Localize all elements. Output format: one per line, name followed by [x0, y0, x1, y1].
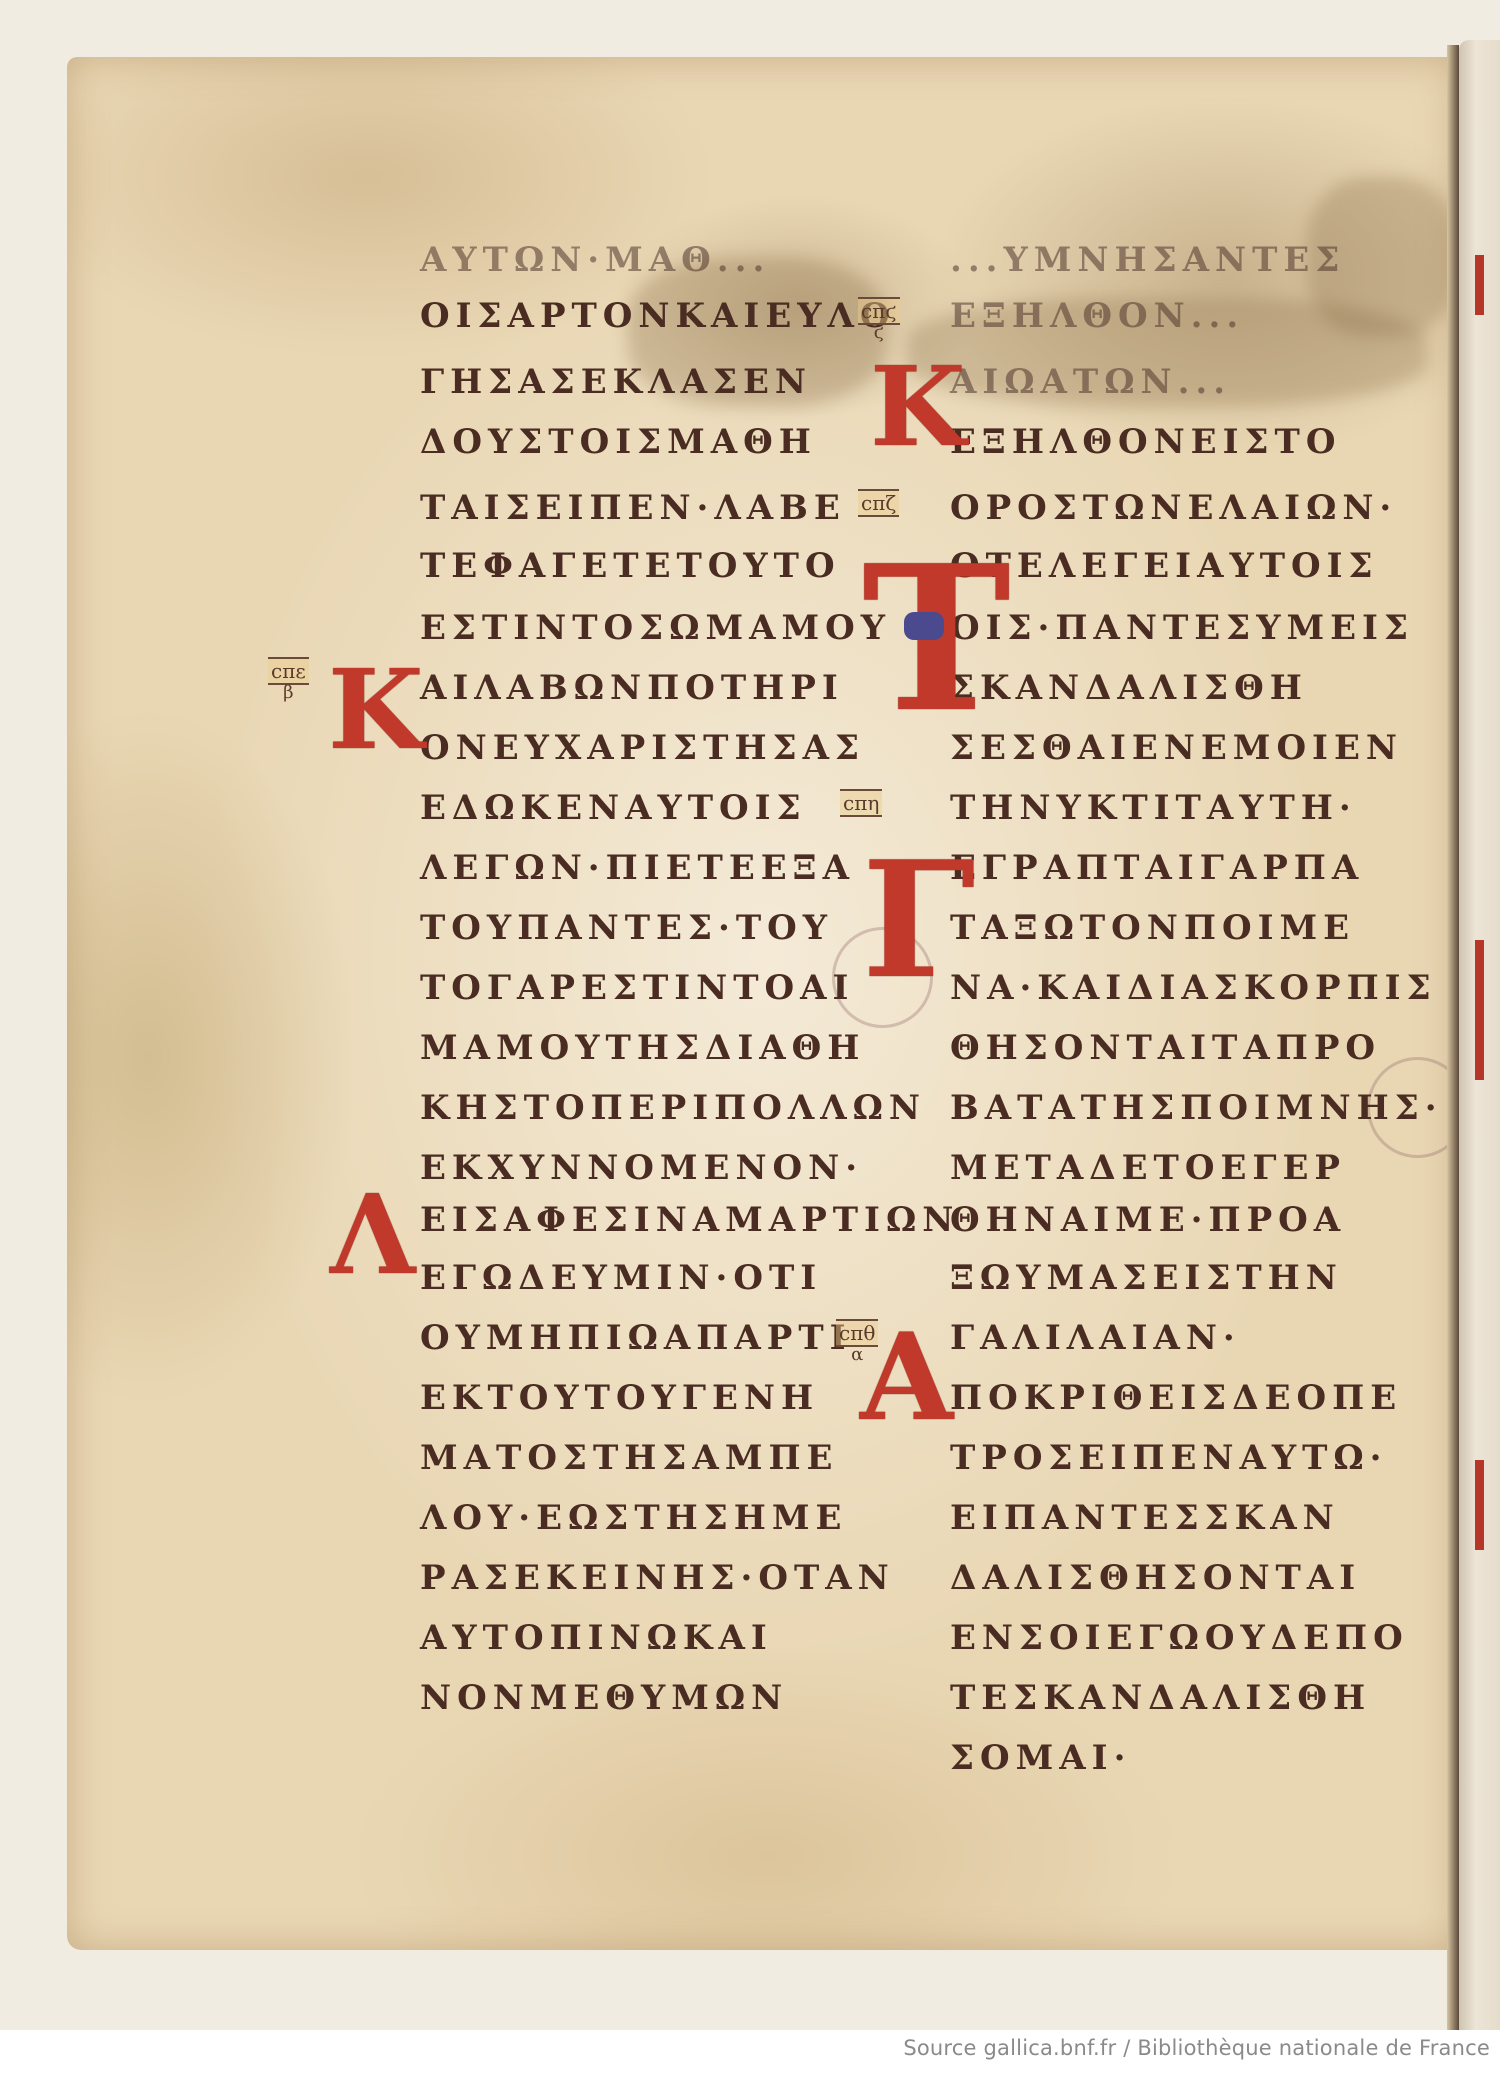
text-line: ΑΙΛΑΒΩΝΠΟΤΗΡΙ [420, 668, 844, 708]
eusebian-section-number: ϲπθ α [836, 1322, 878, 1366]
text-line: ΟΤΕΛΕΓΕΙΑΥΤΟΙΣ [950, 546, 1379, 586]
text-line: ΟΥΜΗΠΙΩΑΠΑΡΤΙ [420, 1318, 852, 1358]
eusebian-section-number: ϲπη [840, 792, 882, 814]
text-line: ΤΟΥΠΑΝΤΕΣ·ΤΟΥ [420, 908, 833, 948]
text-line: ΒΑΤΑΤΗΣΠΟΙΜΝΗΣ· [950, 1088, 1443, 1128]
text-line: ΕΣΤΙΝΤΟΣΩΜΑΜΟΥ [420, 608, 891, 648]
text-line: ΟΝΕΥΧΑΡΙΣΤΗΣΑΣ [420, 728, 865, 768]
text-line: ΕΞΗΛΘΟΝ... [950, 296, 1244, 336]
text-line: ΛΟΥ·ΕΩΣΤΗΣΗΜΕ [420, 1498, 847, 1538]
adjacent-rubric [1475, 940, 1484, 1080]
text-line: ΞΩΥΜΑΣΕΙΣΤΗΝ [950, 1258, 1343, 1298]
text-line: ΑΥΤΟΠΙΝΩΚΑΙ [420, 1618, 773, 1658]
source-credit: Source gallica.bnf.fr / Bibliothèque nat… [903, 2036, 1490, 2060]
text-line: ΤΕΦΑΓΕΤΕΤΟΥΤΟ [420, 546, 841, 586]
text-line: ΜΑΜΟΥΤΗΣΔΙΑΘΗ [420, 1028, 865, 1068]
text-line: ΠΟΚΡΙΘΕΙΣΔΕΟΠΕ [950, 1378, 1402, 1418]
text-line: ΓΑΛΙΛΑΙΑΝ· [950, 1318, 1241, 1358]
text-line: ΛΕΓΩΝ·ΠΙΕΤΕΕΞΑ [420, 848, 855, 888]
text-line: ΘΗΣΟΝΤΑΙΤΑΠΡΟ [950, 1028, 1381, 1068]
eusebian-section-number: ϲπε β [268, 660, 309, 704]
text-line: ΣΕΣΘΑΙΕΝΕΜΟΙΕΝ [950, 728, 1403, 768]
rubricated-initial-kappa: Κ [870, 352, 966, 462]
text-line: ΡΑΣΕΚΕΙΝΗΣ·ΟΤΑΝ [420, 1558, 895, 1598]
text-line: ΝΑ·ΚΑΙΔΙΑΣΚΟΡΠΙΣ [950, 968, 1437, 1008]
text-line: ΣΟΜΑΙ· [950, 1738, 1131, 1778]
binding-gutter [1447, 45, 1459, 2030]
text-line: ...ΥΜΝΗΣΑΝΤΕΣ [950, 240, 1345, 280]
adjacent-rubric [1475, 255, 1484, 315]
text-line: ΕΔΩΚΕΝΑΥΤΟΙΣ [420, 788, 807, 828]
eusebian-section-number: ϲπϛ ϛ [858, 300, 900, 344]
text-line: ΤΗΝΥΚΤΙΤΑΥΤΗ· [950, 788, 1357, 828]
rubricated-initial-gamma: Γ [862, 840, 976, 1000]
text-line: ΟΙΣΑΡΤΟΝΚΑΙΕΥΛΟ [420, 296, 896, 336]
adjacent-rubric [1475, 1460, 1484, 1550]
text-line: ΕΓΩΔΕΥΜΙΝ·ΟΤΙ [420, 1258, 822, 1298]
text-line: ΤΕΣΚΑΝΔΑΛΙΣΘΗ [950, 1678, 1371, 1718]
text-line: ΤΟΓΑΡΕΣΤΙΝΤΟΑΙ [420, 968, 854, 1008]
adjacent-folio-edge [1459, 40, 1500, 2030]
text-line: ΚΗΣΤΟΠΕΡΙΠΟΛΛΩΝ [420, 1088, 926, 1128]
text-line: ΘΗΝΑΙΜΕ·ΠΡΟΑ [950, 1200, 1346, 1240]
text-line: ΟΡΟΣΤΩΝΕΛΑΙΩΝ· [950, 488, 1397, 528]
text-line: ΕΓΡΑΠΤΑΙΓΑΡΠΑ [950, 848, 1364, 888]
text-line: ΝΟΝΜΕΘΥΜΩΝ [420, 1678, 788, 1718]
rubricated-initial-tau: Τ [862, 540, 1011, 740]
text-line: ΓΗΣΑΣΕΚΛΑΣΕΝ [420, 362, 812, 402]
text-line: ΑΥΤΩΝ·ΜΑΘ... [420, 240, 770, 280]
text-line: ΕΚΧΥΝΝΟΜΕΝΟΝ· [420, 1148, 863, 1188]
text-line: ΕΝΣΟΙΕΓΩΟΥΔΕΠΟ [950, 1618, 1409, 1658]
rubricated-initial-kappa: Κ [328, 655, 424, 765]
interlace-knot [904, 612, 944, 640]
text-line: ΕΚΤΟΥΤΟΥΓΕΝΗ [420, 1378, 819, 1418]
text-line: ΔΟΥΣΤΟΙΣΜΑΘΗ [420, 422, 817, 462]
eusebian-section-number: ϲπζ [858, 492, 899, 514]
text-line: ΔΑΛΙΣΘΗΣΟΝΤΑΙ [950, 1558, 1361, 1598]
text-line: ΕΙΣΑΦΕΣΙΝΑΜΑΡΤΙΩΝ [420, 1200, 959, 1240]
text-line: ΤΑΞΩΤΟΝΠΟΙΜΕ [950, 908, 1355, 948]
text-line: ΤΑΙΣΕΙΠΕΝ·ΛΑΒΕ [420, 488, 846, 528]
text-line: ΜΕΤΑΔΕΤΟΕΓΕΡ [950, 1148, 1346, 1188]
text-line: ΜΑΤΟΣΤΗΣΑΜΠΕ [420, 1438, 838, 1478]
text-line: ΟΙΣ·ΠΑΝΤΕΣΥΜΕΙΣ [950, 608, 1414, 648]
text-line: ΕΙΠΑΝΤΕΣΣΚΑΝ [950, 1498, 1340, 1538]
text-line: ΤΡΟΣΕΙΠΕΝΑΥΤΩ· [950, 1438, 1388, 1478]
rubricated-initial-lambda: Λ [330, 1180, 415, 1290]
text-line: ΕΞΗΛΘΟΝΕΙΣΤΟ [950, 422, 1341, 462]
text-line: ΑΙΩΑΤΩΝ... [950, 362, 1231, 402]
